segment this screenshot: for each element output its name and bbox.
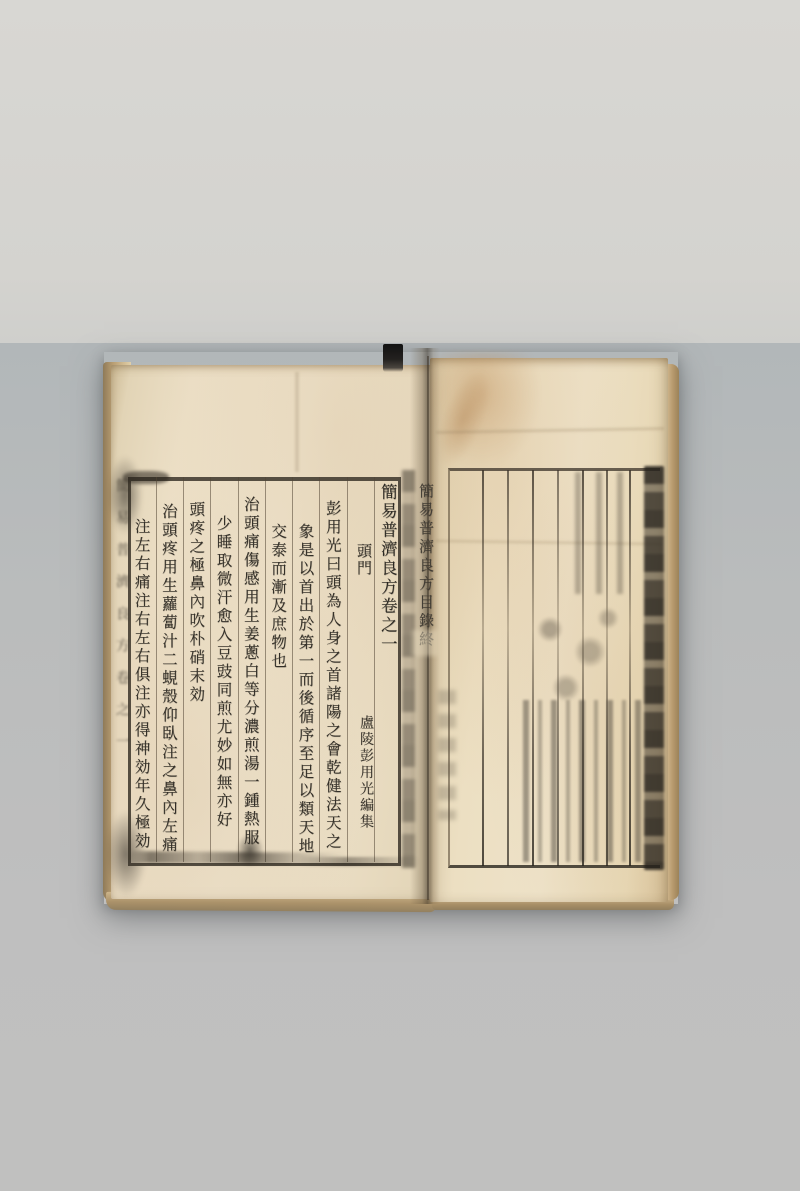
column-rule <box>482 470 484 866</box>
text-column: 彭用光曰頭為人身之首諸陽之會乾健法天之 <box>319 477 345 862</box>
text-column: 治頭痛傷感用生姜蔥白等分濃煎湯一鍾熱服 <box>238 477 264 862</box>
text-column: 象是以首出於第一而後循序至足以類天地 <box>292 477 318 862</box>
ink-setoff-smudge <box>528 598 628 710</box>
background-top-band <box>0 0 800 343</box>
ink-smudge <box>298 857 420 866</box>
text-column: 少睡取微汗愈入豆豉同煎尤妙如無亦好 <box>210 477 236 862</box>
photo-of-open-book: 簡易普濟良方卷之一 簡易普濟良方卷之一 頭門 盧陵彭用光編集 彭用光曰頭為人身之… <box>0 0 800 1191</box>
faded-character-overlay <box>412 630 438 656</box>
column-rule <box>507 470 509 866</box>
column-section-author: 頭門 盧陵彭用光編集 <box>347 477 373 862</box>
ink-setoff-smudge <box>438 690 456 820</box>
ink-smudge <box>644 466 664 870</box>
spine-tab-mark <box>383 344 403 372</box>
ink-setoff-smudge <box>514 700 646 862</box>
ink-setoff-smudge <box>560 472 630 594</box>
text-column: 注左右痛注右左右俱注亦得神効年久極効 <box>128 477 154 862</box>
section-heading: 頭門 <box>351 543 377 577</box>
text-column: 治頭疼用生蘿蔔汁二蜆殼仰臥注之鼻內左痛 <box>156 477 182 862</box>
paper-crease <box>294 372 300 472</box>
author-credit: 盧陵彭用光編集 <box>353 715 379 831</box>
text-column: 頭疼之極鼻內吹朴硝末効 <box>183 477 209 862</box>
text-column: 交泰而漸及庶物也 <box>265 477 291 862</box>
ink-smudge <box>236 833 264 867</box>
